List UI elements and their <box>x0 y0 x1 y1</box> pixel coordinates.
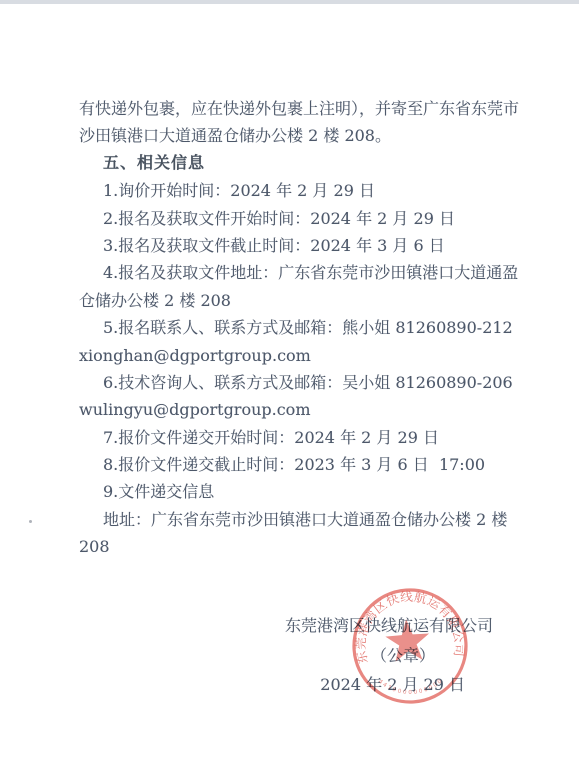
doc-line: 沙田镇港口大道通盈仓储办公楼 2 楼 208。 <box>79 122 505 149</box>
doc-line: 8.报价文件递交截止时间：2023 年 3 月 6 日 17:00 <box>79 451 505 478</box>
doc-line: 有快递外包裹，应在快递外包裹上注明），并寄至广东省东莞市 <box>79 95 505 122</box>
doc-line: 2.报名及获取文件开始时间：2024 年 2 月 29 日 <box>79 205 505 232</box>
doc-line: 9.文件递交信息 <box>79 478 505 505</box>
doc-line: 4.报名及获取文件地址：广东省东莞市沙田镇港口大道通盈 <box>79 259 505 286</box>
doc-line: 3.报名及获取文件截止时间：2024 年 3 月 6 日 <box>79 232 505 259</box>
top-border-strip <box>0 0 579 4</box>
doc-line: 1.询价开始时间：2024 年 2 月 29 日 <box>79 177 505 204</box>
section-heading: 五、相关信息 <box>79 150 505 177</box>
doc-line: 208 <box>79 533 505 560</box>
contact-email: wulingyu@dgportgroup.com <box>79 396 505 423</box>
doc-line: 仓储办公楼 2 楼 208 <box>79 287 505 314</box>
doc-line: 5.报名联系人、联系方式及邮箱：熊小姐 81260890-212 <box>79 314 505 341</box>
company-seal-stamp: 东莞港湾区快线航运有限公司 4419000000000 <box>335 571 484 720</box>
contact-email: xionghan@dgportgroup.com <box>79 342 505 369</box>
document-page: 有快递外包裹，应在快递外包裹上注明），并寄至广东省东莞市 沙田镇港口大道通盈仓储… <box>0 0 579 779</box>
scan-artifact-dot <box>29 520 32 523</box>
doc-line: 6.技术咨询人、联系方式及邮箱：吴小姐 81260890-206 <box>79 369 505 396</box>
doc-line: 地址：广东省东莞市沙田镇港口大道通盈仓储办公楼 2 楼 <box>79 506 505 533</box>
doc-line: 7.报价文件递交开始时间：2024 年 2 月 29 日 <box>79 424 505 451</box>
document-body: 有快递外包裹，应在快递外包裹上注明），并寄至广东省东莞市 沙田镇港口大道通盈仓储… <box>79 95 505 561</box>
seal-star-icon <box>384 618 431 663</box>
